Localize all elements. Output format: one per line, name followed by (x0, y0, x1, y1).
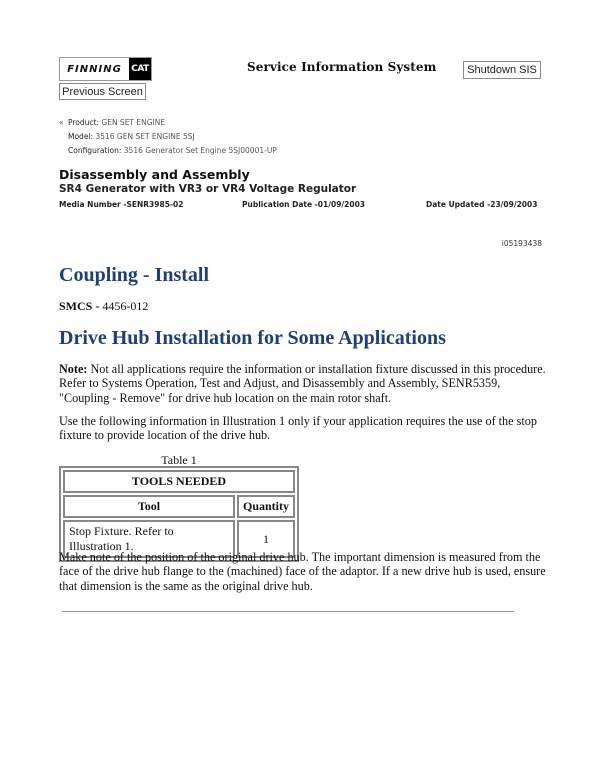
document-title: Disassembly and Assembly (59, 167, 250, 182)
app-title: Service Information System (247, 60, 436, 74)
media-number: Media Number -SENR3985-02 (59, 200, 183, 209)
configuration-label: Configuration: (68, 146, 121, 155)
smcs-value: 4456-012 (102, 299, 148, 313)
horizontal-divider (62, 611, 514, 612)
model-value: 3516 GEN SET ENGINE 5SJ (95, 132, 194, 141)
column-header-quantity: Quantity (237, 495, 295, 518)
tools-needed-table: TOOLS NEEDED Tool Quantity Stop Fixture.… (59, 466, 299, 562)
usage-paragraph: Use the following information in Illustr… (59, 414, 549, 443)
image-id: i05193438 (502, 239, 542, 248)
cat-logo-mark: CAT (129, 58, 151, 80)
model-label: Model: (68, 132, 93, 141)
note-paragraph: Note: Not all applications require the i… (59, 362, 549, 405)
drive-hub-paragraph: Make note of the position of the origina… (59, 550, 549, 593)
note-label: Note: (59, 362, 87, 376)
smcs-label: SMCS - (59, 299, 102, 313)
note-text: Not all applications require the informa… (59, 362, 546, 405)
document-subtitle: SR4 Generator with VR3 or VR4 Voltage Re… (59, 183, 356, 195)
column-header-tool: Tool (63, 495, 235, 518)
collapse-chevron-icon[interactable]: « (59, 118, 64, 127)
configuration-value: 3516 Generator Set Engine 5SJ00001-UP (124, 146, 277, 155)
smcs-code: SMCS - 4456-012 (59, 299, 148, 314)
previous-screen-button[interactable]: Previous Screen (59, 83, 146, 100)
finning-logo-text: FINNING (60, 64, 129, 75)
publication-date: Publication Date -01/09/2003 (242, 200, 365, 209)
product-value: GEN SET ENGINE (101, 118, 165, 127)
product-label: Product: (68, 118, 99, 127)
date-updated: Date Updated -23/09/2003 (426, 200, 537, 209)
page-heading: Coupling - Install (59, 264, 209, 287)
table-title: TOOLS NEEDED (63, 470, 295, 493)
shutdown-sis-button[interactable]: Shutdown SIS (463, 61, 541, 79)
breadcrumb: « Product: GEN SET ENGINE Model: 3516 GE… (59, 116, 277, 158)
finning-cat-logo: FINNING CAT (59, 57, 152, 81)
section-heading: Drive Hub Installation for Some Applicat… (59, 327, 446, 350)
